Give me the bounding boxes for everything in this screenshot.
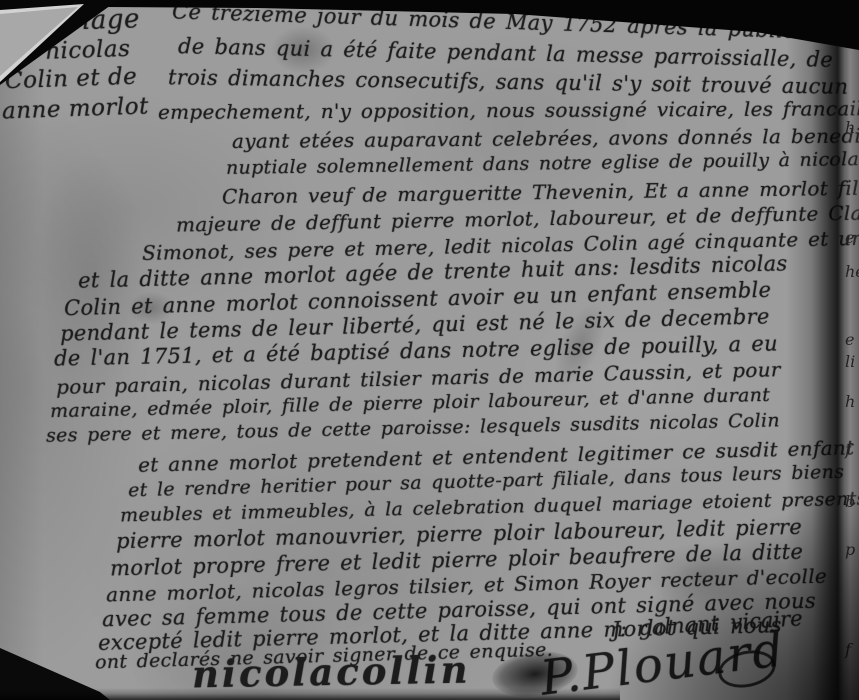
facing-page-fragment: li <box>845 352 855 371</box>
margin-note-line: anne morlot <box>2 93 150 124</box>
manuscript-line: empechement, n'y opposition, nous soussi… <box>158 96 859 124</box>
margin-note-line: Colin et de <box>5 64 138 95</box>
manuscript-line: trois dimanches consecutifs, sans qu'il … <box>168 65 849 98</box>
facing-page-fragment: h <box>845 118 855 137</box>
facing-page-fragment: e <box>845 330 854 349</box>
scan-bottom-edge <box>0 688 620 700</box>
facing-page-fragment: h <box>845 392 855 411</box>
facing-page-fragment: f <box>845 440 851 459</box>
manuscript-page-scan: Mariage de nicolas Colin et de anne morl… <box>0 0 859 700</box>
scan-corner-bottom-right <box>599 500 859 700</box>
facing-page-fragment: he <box>845 262 859 281</box>
facing-page-fragment: e <box>845 228 854 247</box>
